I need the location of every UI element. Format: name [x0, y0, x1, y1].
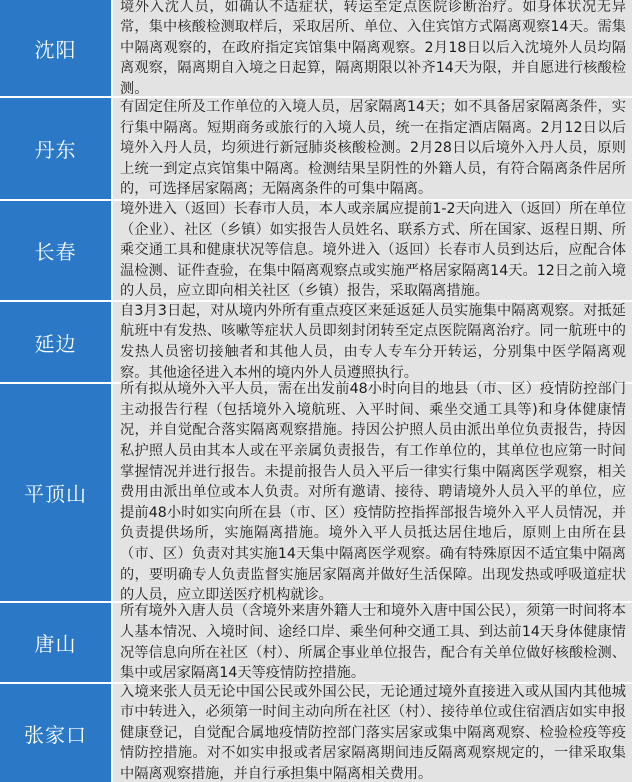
city-cell: 沈阳 — [0, 0, 113, 96]
table-row-zhangjiakou: 张家口 入境来张人员无论中国公民或外国公民，无论通过境外直接进入或从国内其他城市… — [0, 684, 632, 782]
city-cell: 长春 — [0, 201, 113, 300]
policy-text: 所有拟从境外入平人员，需在出发前48小时向目的地县（市、区）疫情防控部门主动报告… — [120, 379, 626, 606]
policy-text: 有固定住所及工作单位的入境人员，居家隔离14天；如不具备居家隔离条件，实行集中隔… — [120, 97, 626, 200]
table-row-changchun: 长春 境外进入（返回）长春市人员，本人或亲属应提前1-2天向进入（返回）所在单位… — [0, 201, 632, 302]
policy-cell: 有固定住所及工作单位的入境人员，居家隔离14天；如不具备居家隔离条件，实行集中隔… — [113, 98, 632, 199]
city-cell: 张家口 — [0, 684, 113, 782]
city-cell: 唐山 — [0, 603, 113, 682]
table-row-tangshan: 唐山 所有境外入唐人员（含境外来唐外籍人士和境外入唐中国公民），须第一时间将本人… — [0, 603, 632, 684]
policy-cell: 所有拟从境外入平人员，需在出发前48小时向目的地县（市、区）疫情防控部门主动报告… — [113, 384, 632, 601]
policy-text: 入境来张人员无论中国公民或外国公民，无论通过境外直接进入或从国内其他城市中转进入… — [120, 682, 626, 782]
policy-cell: 自3月3日起，对从境内外所有重点疫区来延返延人员实施集中隔离观察。对抵延航班中有… — [113, 302, 632, 382]
policy-cell: 入境来张人员无论中国公民或外国公民，无论通过境外直接进入或从国内其他城市中转进入… — [113, 684, 632, 782]
city-cell: 平顶山 — [0, 384, 113, 601]
policy-text: 境外入沈人员，如确认不适症状，转运至定点医院诊断治疗。如身体状况无异常，集中核酸… — [120, 0, 626, 99]
city-cell: 丹东 — [0, 98, 113, 199]
policy-table: 沈阳 境外入沈人员，如确认不适症状，转运至定点医院诊断治疗。如身体状况无异常，集… — [0, 0, 632, 782]
table-row-dandong: 丹东 有固定住所及工作单位的入境人员，居家隔离14天；如不具备居家隔离条件，实行… — [0, 98, 632, 201]
policy-text: 所有境外入唐人员（含境外来唐外籍人士和境外入唐中国公民），须第一时间将本人基本情… — [120, 601, 626, 683]
table-row-shenyang: 沈阳 境外入沈人员，如确认不适症状，转运至定点医院诊断治疗。如身体状况无异常，集… — [0, 0, 632, 98]
policy-cell: 境外进入（返回）长春市人员，本人或亲属应提前1-2天向进入（返回）所在单位（企业… — [113, 201, 632, 300]
table-row-pingdingshan: 平顶山 所有拟从境外入平人员，需在出发前48小时向目的地县（市、区）疫情防控部门… — [0, 384, 632, 603]
policy-text: 自3月3日起，对从境内外所有重点疫区来延返延人员实施集中隔离观察。对抵延航班中有… — [120, 301, 626, 383]
table-row-yanbian: 延边 自3月3日起，对从境内外所有重点疫区来延返延人员实施集中隔离观察。对抵延航… — [0, 302, 632, 384]
policy-text: 境外进入（返回）长春市人员，本人或亲属应提前1-2天向进入（返回）所在单位（企业… — [120, 199, 626, 302]
city-cell: 延边 — [0, 302, 113, 382]
policy-cell: 境外入沈人员，如确认不适症状，转运至定点医院诊断治疗。如身体状况无异常，集中核酸… — [113, 0, 632, 96]
policy-cell: 所有境外入唐人员（含境外来唐外籍人士和境外入唐中国公民），须第一时间将本人基本情… — [113, 603, 632, 682]
